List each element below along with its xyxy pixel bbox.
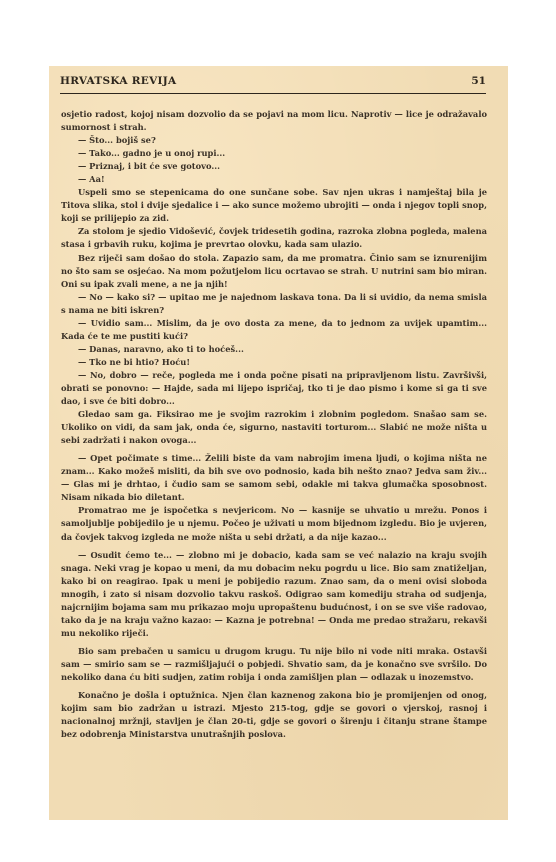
article-body: osjetio radost, kojoj nisam dozvolio da …: [61, 108, 487, 741]
paragraph: — Tako... gadno je u onoj rupi...: [61, 147, 487, 160]
paragraph: Uspeli smo se stepenicama do one sunčane…: [61, 186, 487, 225]
paragraph: Promatrao me je ispočetka s nevjericom. …: [61, 504, 487, 543]
paragraph: osjetio radost, kojoj nisam dozvolio da …: [61, 108, 487, 134]
paragraph: — Tko ne bi htio? Hoću!: [61, 356, 487, 369]
paragraph: Za stolom je sjedio Vidošević, čovjek tr…: [61, 225, 487, 251]
page-number: 51: [471, 75, 486, 87]
running-header: HRVATSKA REVIJA 51: [60, 75, 486, 93]
journal-title: HRVATSKA REVIJA: [60, 75, 176, 87]
scanned-page: HRVATSKA REVIJA 51 osjetio radost, kojoj…: [49, 66, 508, 820]
paragraph: — Osudit ćemo te... — zlobno mi je dobac…: [61, 549, 487, 640]
paragraph: — Aa!: [61, 173, 487, 186]
paragraph: Bez riječi sam došao do stola. Zapazio s…: [61, 252, 487, 291]
header-rule: [60, 93, 486, 94]
paragraph: Bio sam prebačen u samicu u drugom krugu…: [61, 645, 487, 684]
paragraph: — Što... bojiš se?: [61, 134, 487, 147]
paragraph: — No — kako si? — upitao me je najednom …: [61, 291, 487, 317]
paragraph: — Opet počimate s time... Želili biste d…: [61, 452, 487, 504]
paragraph: — Uvidio sam... Mislim, da je ovo dosta …: [61, 317, 487, 343]
paragraph: — No, dobro — reče, pogleda me i onda po…: [61, 369, 487, 408]
paragraph: — Priznaj, i bit će sve gotovo...: [61, 160, 487, 173]
paragraph: — Danas, naravno, ako ti to hoćeš...: [61, 343, 487, 356]
paragraph: Konačno je došla i optužnica. Njen član …: [61, 689, 487, 741]
paragraph: Gledao sam ga. Fiksirao me je svojim raz…: [61, 408, 487, 447]
